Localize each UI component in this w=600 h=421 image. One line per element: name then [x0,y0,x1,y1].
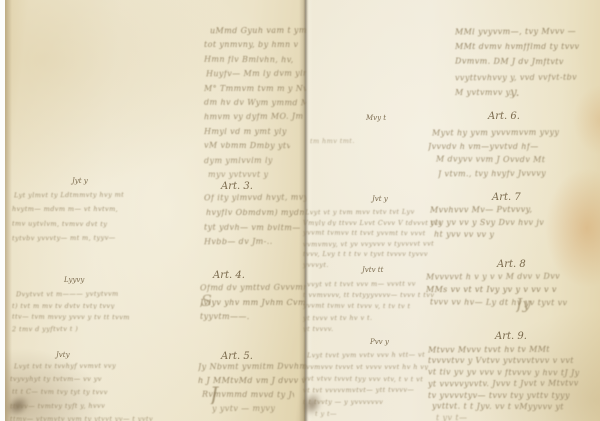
margin-para-2-line: yvvmt tvmv vt tvvv v, t tv tv t [303,303,443,310]
margin-note-c-line: ttmv— vtvmvtv yvm ty ytvvt yv— t yvtv [10,416,162,421]
margin-para-2-line: t vvmvvvv, tt tvtyyyvvvv— tvvv t tvv [303,292,445,299]
article-5-line: Jy Nbvmt yvmitm Dvvhmy [198,363,306,372]
margin-note-b-line: Dvytvvt vt m——— yvtytvvm [16,291,144,298]
margin-note-c-line: Lvyt tvt tv tvvhyf vvmvt vvy [14,363,152,370]
right-opening-line: vvyttvvhvvy y, vvd vvfvt-tbv [455,73,595,82]
margin-para-1-line: Lvyt vt y tvm mvv tvtv tvt Lyv [305,209,447,216]
margin-para-3-line: vt tvt vvvvvmvtvt— ytt tvvvv— [303,387,439,394]
article-3-heading: Art. 3. [221,182,253,192]
margin-note-a-heading: Jyt y [72,178,88,185]
margin-para-3-line: vvt vtvv tvvvt tyy vvv vtv, t v t vt [303,375,435,382]
article-8-line: MMs vv vt vt Ivy yv y v vv v v [426,286,600,294]
article-4-heading: Art. 4. [213,271,245,281]
right-opening-line: Dvmvm. DM J dv Jmftvtv [455,58,598,67]
margin-para-2-heading: Jvtv tt [362,267,383,274]
margin-note-c-line: ttvvv— tvmtvy tyft y, hvvv [10,402,128,409]
left-main-opening-line: uMmd Gyuh vam t ymmv [210,27,306,36]
article-9-line: tvvvvtvv y Vvtvv yvtvvvtvvv v vvt [428,357,598,365]
margin-para-2-line: yt tvvv vt tv hv v t. [303,314,395,321]
article-9-line: t yv t— [436,414,546,421]
left-main-opening-line: vM vbmm Dmby ytvm, [204,142,290,151]
margin-para-1-heading: Jvt y [372,196,388,203]
margin-para-3-line: t t tvvty — y yvvvvvvv [303,399,423,406]
right-opening-line: MMl yvyvvm—, tvy Mvvv — [455,28,600,37]
article-5-heading: Art. 5. [221,352,253,362]
left-main-opening-line: dm hv dv Wym ymmd Mynl [204,99,306,108]
left-main-opening-line: Huyfv— Mm ly dvm ylmy [206,70,306,79]
margin-note-b-line: ttv— tvm mvvy yvvv y tv tt tvvm [12,314,134,321]
left-main-opening-line: myv yvtvvvt y [208,171,278,179]
article-6-line: Jvvvdv h vm—yvvtvd hf— [428,143,598,151]
handwriting-layer: uMmd Gyuh vam t ymmvtot ynmvny, by hmn v… [0,0,600,421]
article-7-heading: Art. 7 [492,193,521,203]
left-main-opening-line: hmvm vy dyfm MO. Jm— [204,113,303,122]
margin-para-1-line: Vmyly dy ttvvv Lvvt Cvvv V tdvvvt tvv [303,220,443,227]
article-5-line: y yvtv — myvy [212,405,276,413]
article-9-line: yvttvt. t t Jyv. vv t vMyyvvv yt [432,403,582,412]
article-7-line: yty yv vv y Svy Dvv hvv jv [430,219,592,227]
margin-para-2-line: vvyt vt t tvvt vvv m— vvvtt vv [307,281,437,288]
manuscript-scan: uMmd Gyuh vam t ymmvtot ynmvny, by hmn v… [0,0,600,421]
left-main-opening-line: M° Tmmvm tvm m y Nvmv, [204,85,306,93]
right-opening-line: MMt dvmv hvmfflmd ty tvvv [455,43,600,51]
article-8-line: Mvvvvvt h v y v v M dvv v Dvv [426,272,600,281]
margin-note-b-line: 2 tmv d yyftvtv t ) [12,325,112,332]
margin-note-b-line: t) tvt m mv tv dvtv tvty tvvy [12,303,143,310]
margin-note-b-heading: Lyyvy [64,277,84,284]
article-9-line: Mtvvv Mvvv tvvt hv tv MMt [428,345,596,354]
article-3-line: tyt ydvh— vm bvltm— [204,223,304,232]
left-main-opening-line: Hmyl vd m ymt yly [204,128,292,136]
margin-note-c-line: tt t C— tvm tvy tyt ty tvvv [12,389,132,396]
article-3-line: Hvbb— dv Jm-.. [204,238,288,247]
margin-note-d-heading: Mvy t [366,115,386,122]
margin-para-3-line: tvvmvvv tvvvt vt vvvv vvvt hv h vy [303,364,441,371]
left-main-opening-line: tot ynmvny, by hmn v [204,41,302,49]
article-9-line: yt vvvvvyvvtv. Jvvv t Jvvt v Mtvtvv [428,380,598,389]
article-4-line: Ofmd dv ymttvd Gvvvmm— [200,284,306,293]
article-7-line: Mvvhvvv Mv— Pvtvvvy, [430,205,600,214]
margin-note-a-line: hvytm— mdvm m— vt hvtvm, [12,206,143,213]
margin-para-1-line: yvvmt tvmvv tt tvvt yvvmt tv vvvt [303,230,439,237]
article-8-heading: Art. 8 [497,260,526,270]
margin-note-c-heading: Jvty [56,352,70,359]
margin-note-a-line: Lyt ylmvt ty Ldtmmvty hvy mt [14,192,144,199]
flourish-art4-line: S [201,293,227,309]
margin-note-d-line: tm hmv tmt. [310,138,378,145]
left-main-opening-line: Hmn flv Bmlvhn, hv, [204,56,300,65]
article-9-heading: Art. 9. [495,332,527,342]
article-7-line: ht yvv vv vv y [434,231,534,240]
left-main-opening-line: dym ymlvvlm ly [204,156,282,164]
flourish-left-page-line: J [210,384,244,404]
margin-para-1-line: tvvv, Lvy t t t tv v tyvt tvvvv tyvvv [303,251,441,258]
margin-para-3-heading: Pvv y [370,339,389,346]
margin-para-2-line: yt tvvvv. [303,326,358,333]
margin-note-a-line: tytvbv yvvvty— mt m, tyyv— [12,235,129,242]
margin-note-a-line: tmv uytvlvm, tvmvv dvt ty [12,220,137,227]
article-9-line: vt tiv yv yv vvv v ftvvvv y hvv tJ Jy [428,368,596,377]
margin-para-3-line: Lvyt tvvt yvm vvtv vvv h vtt— vt [307,352,447,359]
article-3-line: hvyflv Obmdvm) mydm— [206,209,304,217]
flourish-right-mid-line: Jy [516,297,546,312]
margin-para-3-line: t y t— [315,411,375,418]
article-3-line: Of ity ylmvvd hvyt, mvy [204,194,306,203]
article-6-line: J vtvm., tvy hvyfv Jvvvvy [438,169,588,178]
article-6-line: Myvt hy yvm yvvvmvvm yvyy [432,128,600,137]
article-8-line: tvvv vv hv— Ly dt hv yv tyvt vv [430,298,598,307]
margin-para-1-line: vvmvmvy, vt yv vvyvvv v tyvvvvt vvt [303,240,445,247]
margin-note-c-line: tvyvyhyt ty tvtvm— vv yv [10,376,138,383]
article-4-line: tyyvtm——. [200,313,252,321]
article-6-heading: Art. 6. [488,112,520,122]
article-9-line: tv yvvvvtyv— tvvv tvy yvttv tyyy [428,392,596,400]
article-6-line: M dvyvv vvm J Ovvdv Mt [436,156,596,165]
flourish-right-top-line: y. [510,86,534,98]
margin-para-1-line: yvvvyt. [303,262,363,269]
